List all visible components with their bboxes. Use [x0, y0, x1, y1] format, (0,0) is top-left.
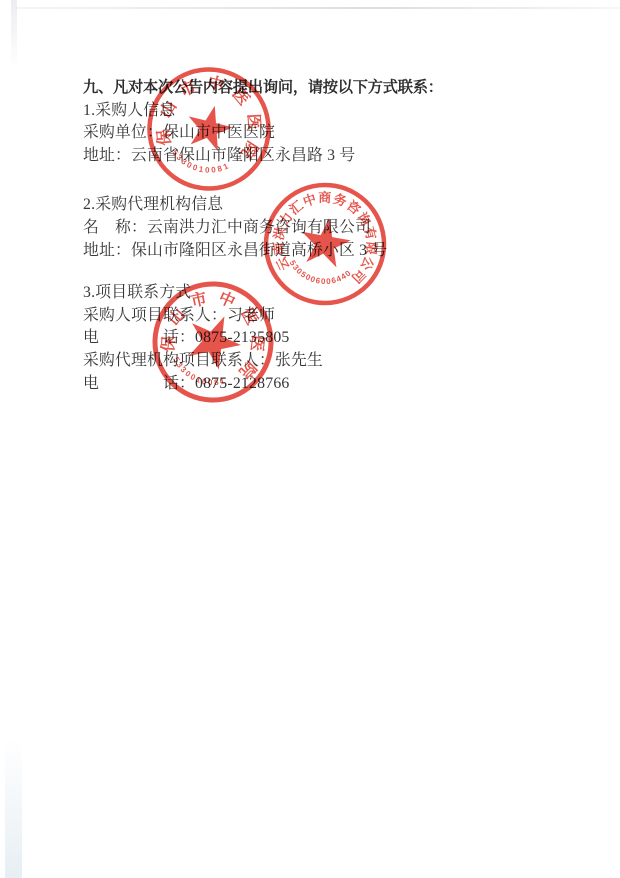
seal-star-icon [182, 100, 237, 153]
scan-edge-top [16, 7, 620, 9]
seal-code-text: 5330010081 [167, 147, 233, 181]
scan-edge-left-top [11, 0, 17, 70]
seal-star-icon [297, 214, 354, 269]
seal-star-icon [179, 305, 248, 373]
hospital-seal-bottom: 保山市中医医院 5330010081 [143, 272, 283, 412]
svg-text:5330010081: 5330010081 [167, 147, 233, 181]
scanned-document-page: 九、凡对本次公告内容提出询问，请按以下方式联系： 1.采购人信息 采购单位：保山… [0, 0, 620, 878]
scan-edge-left-bottom [5, 738, 22, 878]
seal-code-text: 5305006006440 [285, 258, 355, 292]
svg-text:5305006006440: 5305006006440 [285, 258, 355, 292]
